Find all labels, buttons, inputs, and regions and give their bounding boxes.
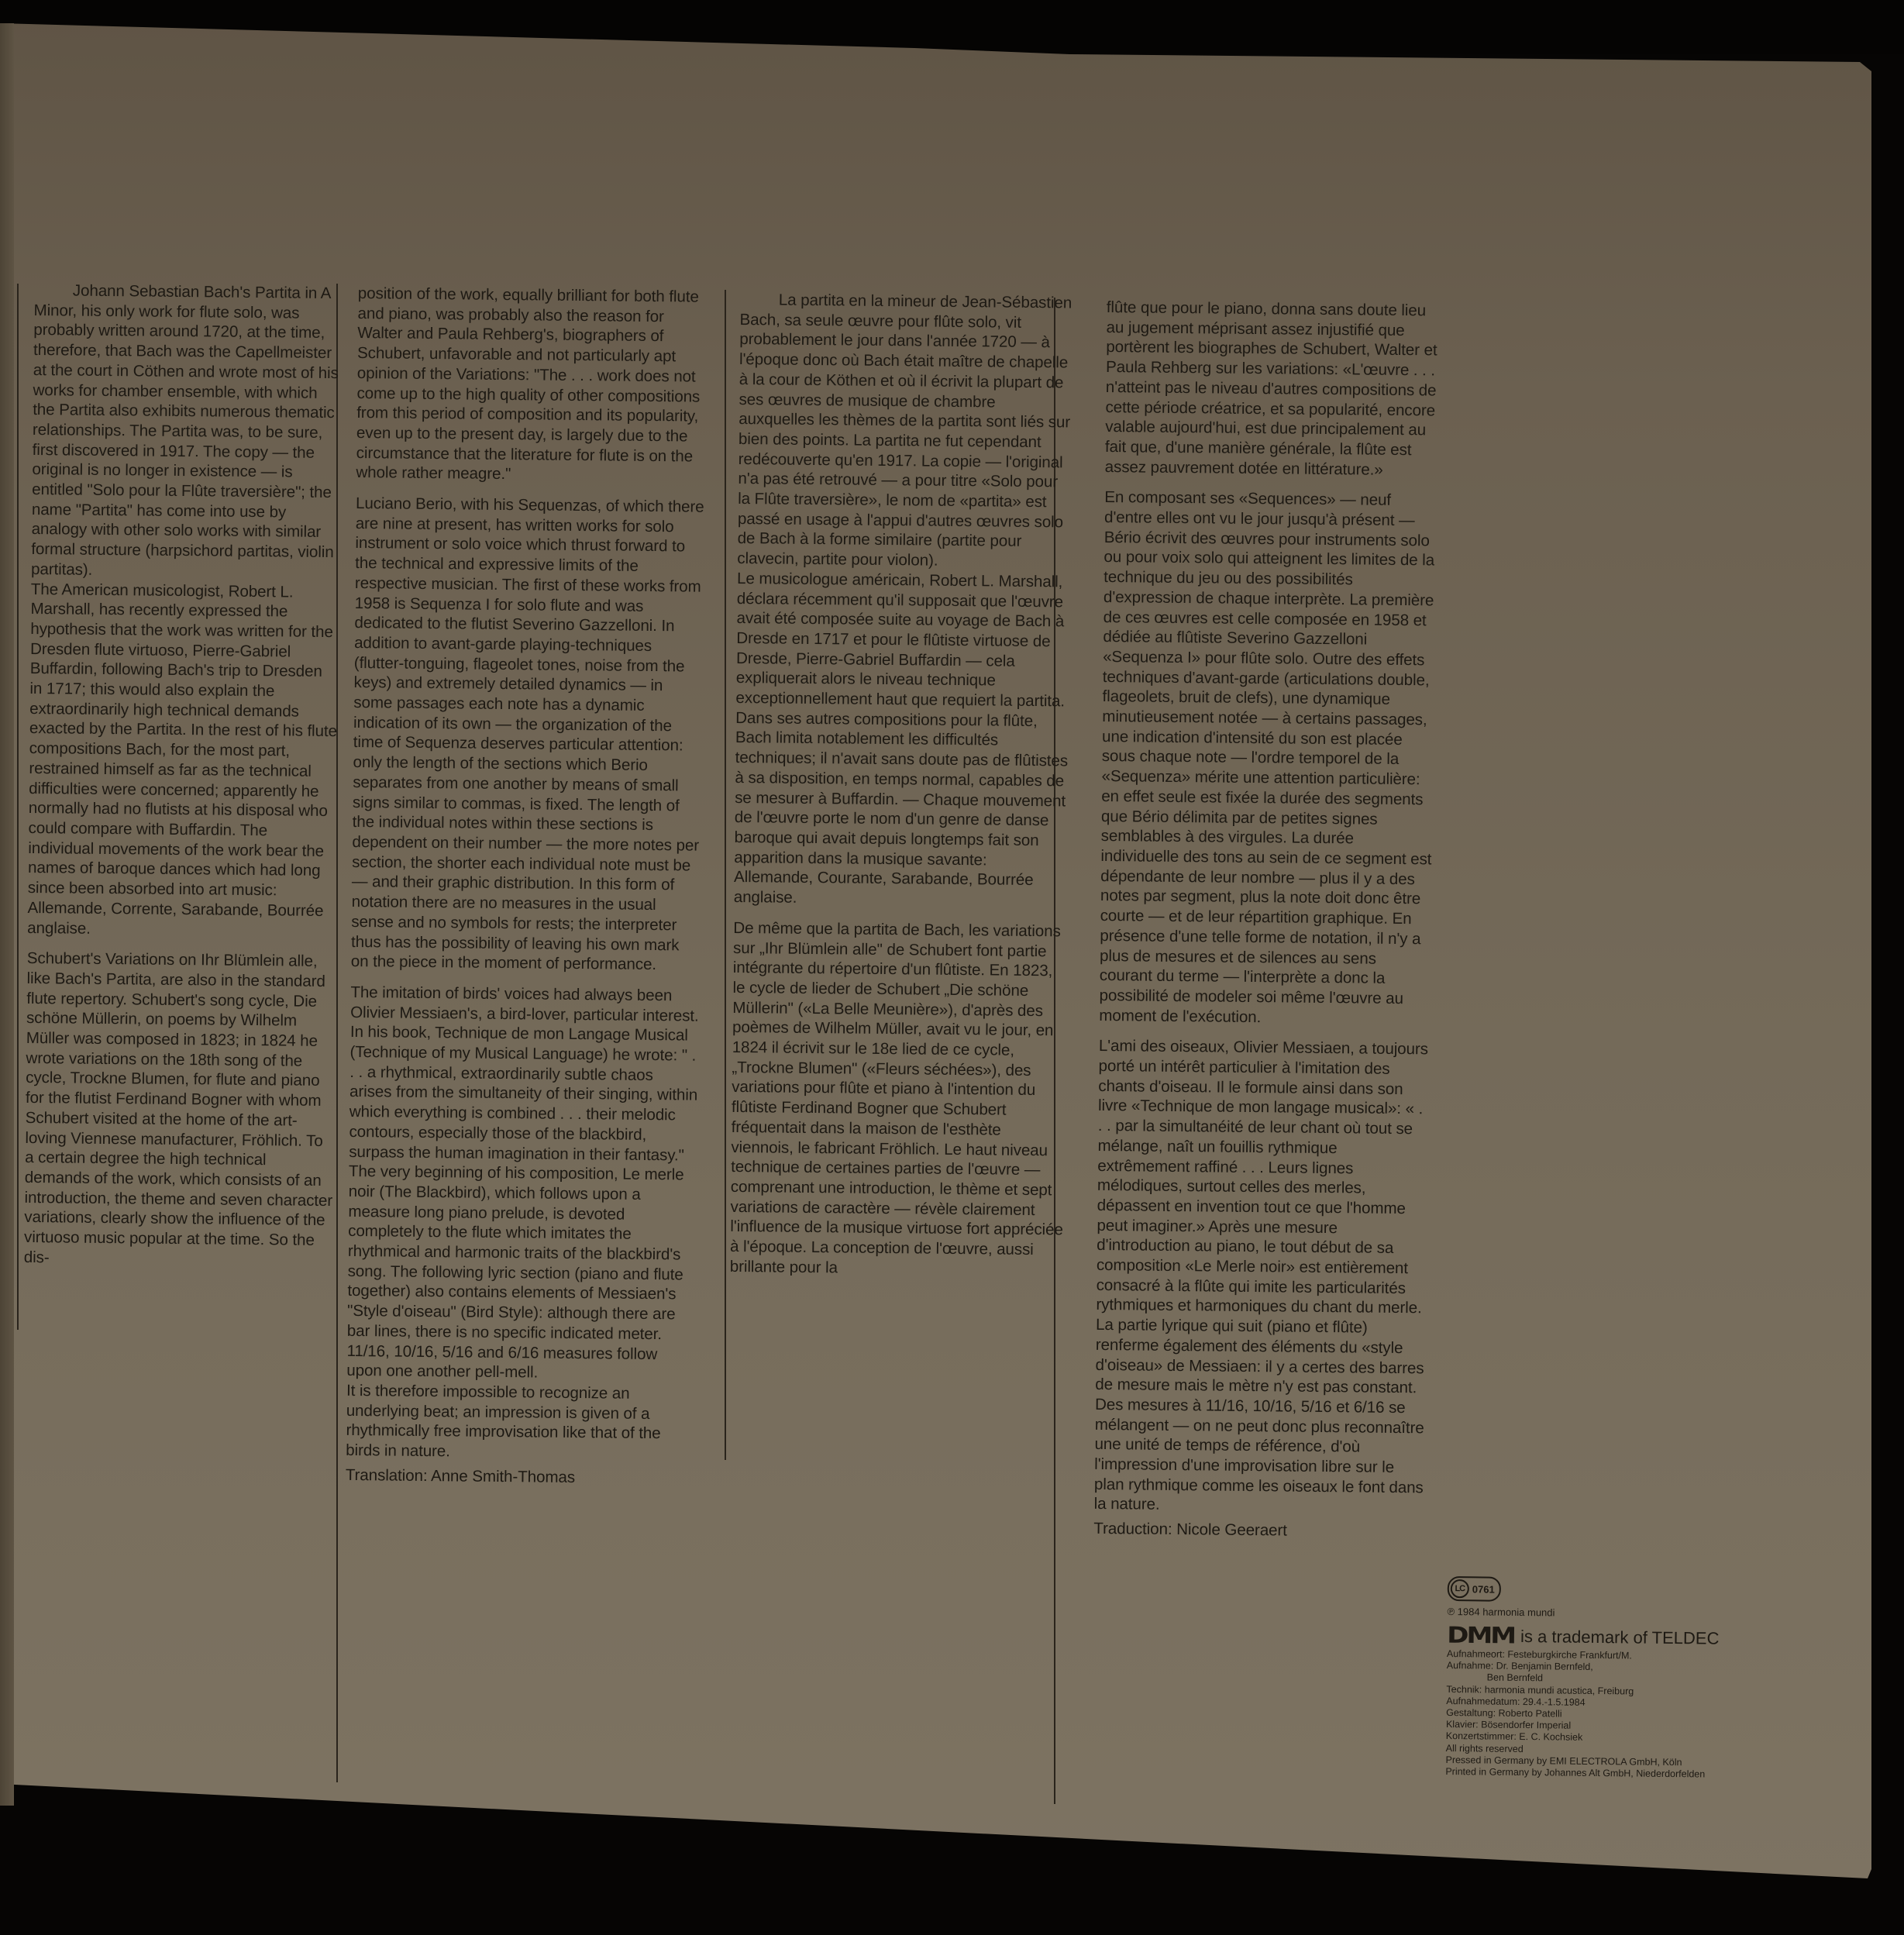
paragraph-berio-fr: En composant ses «Sequences» — neuf d'en… (1099, 487, 1437, 1028)
phonogram-copyright: ℗ 1984 harmonia mundi (1447, 1606, 1780, 1621)
paragraph-messiaen-merle-noir: The imitation of birds' voices had alway… (346, 983, 699, 1385)
liner-notes-column-english-1: Johann Sebastian Bach's Partita in A Min… (24, 281, 343, 1271)
column-rule-3 (725, 290, 726, 1460)
production-credits: LC 0761 ℗ 1984 harmonia mundi DMM is a t… (1445, 1576, 1781, 1782)
label-code-number: 0761 (1472, 1583, 1495, 1595)
label-code-badge: LC 0761 (1448, 1576, 1501, 1602)
liner-notes-column-french-2: flûte que pour le piano, donna sans dout… (1093, 298, 1440, 1542)
paragraph-messiaen-fr: L'ami des oiseaux, Olivier Messiaen, a t… (1094, 1036, 1432, 1517)
liner-notes-column-english-2: position of the work, equally brilliant … (346, 284, 707, 1489)
paragraph-marshall-hypothesis: The American musicologist, Robert L. Mar… (27, 580, 339, 942)
label-code-icon: LC (1451, 1579, 1469, 1598)
paragraph-schubert-rehberg: position of the work, equally brilliant … (356, 284, 707, 487)
liner-notes-column-french-1: La partita en la mineur de Jean-Sébastie… (730, 290, 1073, 1280)
dmm-logo: DMM (1447, 1625, 1514, 1645)
column-rule-1 (17, 284, 19, 1330)
paragraph-messiaen-conclusion: It is therefore impossible to recognize … (346, 1381, 695, 1465)
dmm-trademark-text: is a trademark of TELDEC (1520, 1627, 1720, 1648)
translator-signature-french: Traduction: Nicole Geeraert (1093, 1519, 1427, 1542)
paragraph-marshall-fr: Le musicologue américain, Robert L. Mars… (734, 569, 1071, 911)
dmm-trademark: DMM is a trademark of TELDEC (1447, 1622, 1780, 1649)
paragraph-partita-fr: La partita en la mineur de Jean-Sébastie… (737, 290, 1073, 572)
paragraph-schubert-fr: De même que la partita de Bach, les vari… (730, 918, 1067, 1280)
paragraph-rehberg-fr: flûte que pour le piano, donna sans dout… (1105, 298, 1440, 480)
translator-signature-english: Translation: Anne Smith-Thomas (346, 1465, 694, 1489)
sleeve-spine (0, 23, 14, 1806)
paragraph-bach-partita: Johann Sebastian Bach's Partita in A Min… (31, 281, 343, 583)
paragraph-schubert-variations: Schubert's Variations on Ihr Blümlein al… (24, 949, 336, 1270)
paragraph-berio-sequenza: Luciano Berio, with his Sequenzas, of wh… (351, 494, 704, 976)
